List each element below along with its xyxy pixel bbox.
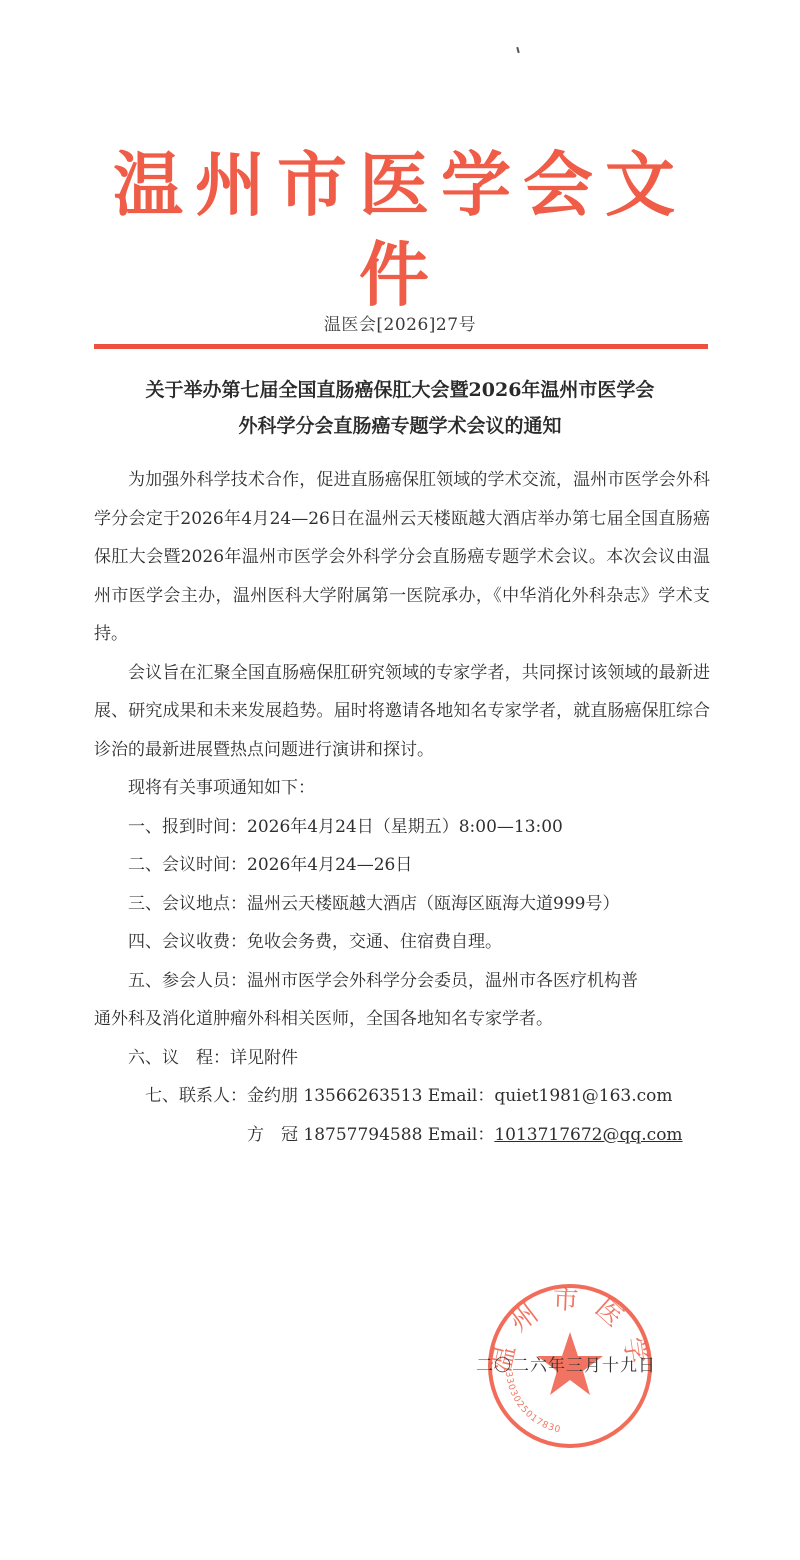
item-value: 详见附件 xyxy=(230,1048,298,1068)
item-meeting-venue: 三、会议地点：温州云天楼瓯越大酒店（瓯海区瓯海大道999号） xyxy=(94,885,710,924)
notice-title-line-2: 外科学分会直肠癌专题学术会议的通知 xyxy=(100,408,700,444)
item-value: 温州云天楼瓯越大酒店（瓯海区瓯海大道999号） xyxy=(247,894,619,914)
paragraph-lead-in: 现将有关事项通知如下： xyxy=(94,769,710,808)
item-value: 2026年4月24日（星期五）8:00—13:00 xyxy=(247,817,563,837)
item-label: 五、参会人员： xyxy=(128,971,247,991)
item-registration-time: 一、报到时间：2026年4月24日（星期五）8:00—13:00 xyxy=(94,808,710,847)
contact-email[interactable]: quiet1981@163.com xyxy=(494,1086,672,1106)
item-value: 温州市医学会外科学分会委员，温州市各医疗机构普 xyxy=(247,971,638,991)
issue-date: 二〇二六年三月十九日 xyxy=(476,1351,656,1376)
item-attendees: 五、参会人员：温州市医学会外科学分会委员，温州市各医疗机构普 xyxy=(94,962,710,1001)
svg-text:3303025017830: 3303025017830 xyxy=(503,1371,562,1435)
contact-phone: 13566263513 xyxy=(303,1086,422,1106)
item-label: 六、议 程： xyxy=(128,1048,230,1068)
item-attendees-continued: 通外科及消化道肿瘤外科相关医师，全国各地知名专家学者。 xyxy=(94,1000,710,1039)
notice-title-line-1: 关于举办第七届全国直肠癌保肛大会暨2026年温州市医学会 xyxy=(100,372,700,408)
contact-row-1: 七、联系人：金约朋 13566263513 Email：quiet1981@16… xyxy=(94,1077,710,1116)
item-label: 一、报到时间： xyxy=(128,817,247,837)
contact-row-2: 方 冠 18757794588 Email：1013717672@qq.com xyxy=(94,1116,710,1155)
notice-body: 为加强外科学技术合作，促进直肠癌保肛领域的学术交流，温州市医学会外科学分会定于2… xyxy=(94,461,710,1154)
item-label: 三、会议地点： xyxy=(128,894,247,914)
paragraph-purpose: 会议旨在汇聚全国直肠癌保肛研究领域的专家学者，共同探讨该领域的最新进展、研究成果… xyxy=(94,654,710,770)
item-label: 二、会议时间： xyxy=(128,855,247,875)
document-number: 温医会[2026]27号 xyxy=(0,310,800,335)
document-page: 温州市医学会文件 温医会[2026]27号 关于举办第七届全国直肠癌保肛大会暨2… xyxy=(0,0,800,1560)
contacts-label: 七、联系人： xyxy=(94,1077,247,1116)
contact-name: 方 冠 xyxy=(247,1125,298,1145)
contact-email-label: Email： xyxy=(428,1125,495,1145)
scan-speck xyxy=(516,47,519,53)
red-divider-rule xyxy=(94,344,708,349)
masthead-title: 温州市医学会文件 xyxy=(100,140,700,320)
contact-email[interactable]: 1013717672@qq.com xyxy=(494,1125,682,1145)
item-meeting-fees: 四、会议收费：免收会务费，交通、住宿费自理。 xyxy=(94,923,710,962)
paragraph-intro: 为加强外科学技术合作，促进直肠癌保肛领域的学术交流，温州市医学会外科学分会定于2… xyxy=(94,461,710,654)
contact-email-label: Email： xyxy=(428,1086,495,1106)
contact-phone: 18757794588 xyxy=(303,1125,422,1145)
item-value: 免收会务费，交通、住宿费自理。 xyxy=(247,932,502,952)
contact-name: 金约朋 xyxy=(247,1086,298,1106)
notice-title: 关于举办第七届全国直肠癌保肛大会暨2026年温州市医学会 外科学分会直肠癌专题学… xyxy=(100,372,700,444)
item-agenda: 六、议 程：详见附件 xyxy=(94,1039,710,1078)
item-value: 2026年4月24—26日 xyxy=(247,855,412,875)
item-label: 四、会议收费： xyxy=(128,932,247,952)
item-meeting-time: 二、会议时间：2026年4月24—26日 xyxy=(94,846,710,885)
